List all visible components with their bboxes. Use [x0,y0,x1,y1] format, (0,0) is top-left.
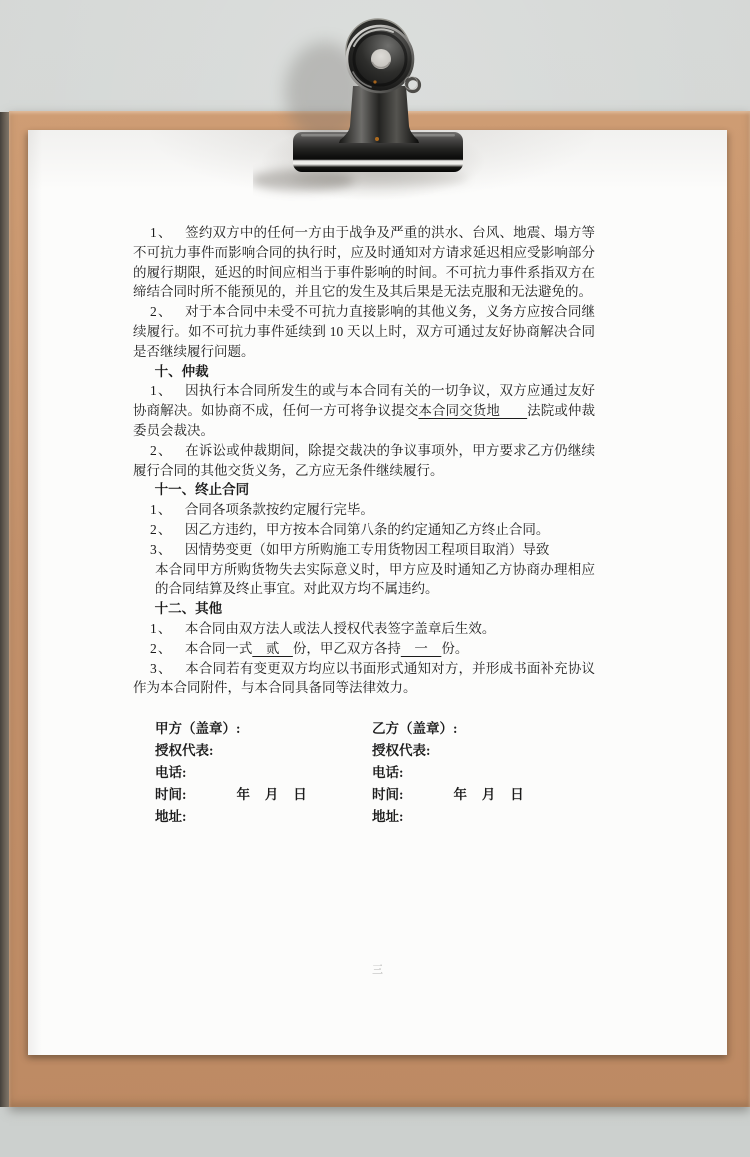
signature-column-party-b: 乙方（盖章）:授权代表:电话:时间:年 月 日地址: [372,718,524,828]
signature-row: 电话: [155,762,372,784]
signature-label: 地址: [372,806,404,828]
signature-label: 电话: [372,762,404,784]
signature-row: 甲方（盖章）: [155,718,372,740]
signature-row: 时间:年 月 日 [155,784,372,806]
section-heading: 十、仲裁 [133,362,595,382]
signature-column-party-a: 甲方（盖章）:授权代表:电话:时间:年 月 日地址: [155,718,372,828]
underlined-fill-in: 一 [401,641,442,656]
signature-date-placeholder: 年 月 日 [237,784,308,806]
signature-label: 乙方（盖章）: [372,718,458,740]
item-number: 3、 [150,661,173,676]
contract-paper: 1、签约双方中的任何一方由于战争及严重的洪水、台风、地震、塌方等不可抗力事件而影… [28,130,727,1055]
clipboard-side-edge [0,112,9,1107]
text-run: 合同各项条款按约定履行完毕。 [185,502,374,517]
clip-hole [371,49,391,69]
text-run: 本合同若有变更双方均应以书面形式通知对方，并形成书面补充协议作为本合同附件，与本… [133,661,595,696]
clipboard-scene: 1、签约双方中的任何一方由于战争及严重的洪水、台风、地震、塌方等不可抗力事件而影… [0,0,750,1157]
signature-row: 地址: [372,806,524,828]
contract-paragraph: 2、本合同一式 贰 份，甲乙双方各持 一 份。 [133,639,595,659]
section-heading: 十二、其他 [133,599,595,619]
item-number: 1、 [150,502,172,517]
contract-paragraph: 1、因执行本合同所发生的或与本合同有关的一切争议，双方应通过友好协商解决。如协商… [133,381,595,440]
item-number: 1、 [150,383,173,398]
clip-amber-dot [373,80,376,83]
signature-date-placeholder: 年 月 日 [454,784,525,806]
signature-row: 授权代表: [155,740,372,762]
signature-label: 时间: [372,784,404,806]
contract-paragraph: 1、本合同由双方法人或法人授权代表签字盖章后生效。 [133,619,595,639]
binder-clip [253,6,497,206]
contract-paragraph: 2、在诉讼或仲裁期间，除提交裁决的争议事项外，甲方要求乙方仍继续履行合同的其他交… [133,441,595,481]
contract-paragraph: 1、合同各项条款按约定履行完毕。 [133,500,595,520]
signature-row: 地址: [155,806,372,828]
signature-label: 授权代表: [372,740,431,762]
contract-paragraph: 2、对于本合同中未受不可抗力直接影响的其他义务，义务方应按合同继续履行。如不可抗… [133,302,595,361]
signature-row: 授权代表: [372,740,524,762]
item-number: 2、 [150,443,173,458]
signature-label: 电话: [155,762,187,784]
text-run: 对于本合同中未受不可抗力直接影响的其他义务，义务方应按合同继续履行。如不可抗力事… [133,304,595,359]
text-run: 份。 [441,641,468,656]
contract-paragraph: 3、因情势变更（如甲方所购施工专用货物因工程项目取消）导致 [133,540,595,560]
signature-label: 甲方（盖章）: [155,718,241,740]
clip-amber-dot-bar [375,137,379,141]
text-run: 本合同由双方法人或法人授权代表签字盖章后生效。 [185,621,496,636]
text-run: 份，甲乙双方各持 [293,641,401,656]
page-number: 三 [28,961,727,977]
contract-paragraph: 1、签约双方中的任何一方由于战争及严重的洪水、台风、地震、塌方等不可抗力事件而影… [133,223,595,302]
text-run: 因情势变更（如甲方所购施工专用货物因工程项目取消）导致 [185,542,550,557]
signature-label: 授权代表: [155,740,214,762]
section-heading: 十一、终止合同 [133,480,595,500]
document-body: 1、签约双方中的任何一方由于战争及严重的洪水、台风、地震、塌方等不可抗力事件而影… [133,223,595,698]
signature-section: 甲方（盖章）:授权代表:电话:时间:年 月 日地址:乙方（盖章）:授权代表:电话… [155,718,625,828]
item-number: 1、 [150,621,172,636]
contract-paragraph: 本合同甲方所购货物失去实际意义时，甲方应及时通知乙方协商办理相应的合同结算及终止… [133,560,595,600]
signature-label: 地址: [155,806,187,828]
item-number: 2、 [150,522,172,537]
item-number: 2、 [150,304,173,319]
signature-row: 乙方（盖章）: [372,718,524,740]
clip-bar-shadow-wide [292,170,468,186]
signature-row: 时间:年 月 日 [372,784,524,806]
text-run: 本合同一式 [185,641,253,656]
signature-label: 时间: [155,784,187,806]
signature-row: 电话: [372,762,524,784]
underlined-fill-in: 贰 [252,641,293,656]
item-number: 2、 [150,641,172,656]
contract-paragraph: 2、因乙方违约，甲方按本合同第八条的约定通知乙方终止合同。 [133,520,595,540]
text-run: 因乙方违约，甲方按本合同第八条的约定通知乙方终止合同。 [185,522,550,537]
item-number: 3、 [150,542,172,557]
text-run: 在诉讼或仲裁期间，除提交裁决的争议事项外，甲方要求乙方仍继续履行合同的其他交货义… [133,443,595,478]
contract-paragraph: 3、本合同若有变更双方均应以书面形式通知对方，并形成书面补充协议作为本合同附件，… [133,659,595,699]
text-run: 本合同甲方所购货物失去实际意义时，甲方应及时通知乙方协商办理相应的合同结算及终止… [155,562,595,597]
underlined-fill-in: 本合同交货地 [418,403,527,418]
item-number: 1、 [150,225,173,240]
text-run: 签约双方中的任何一方由于战争及严重的洪水、台风、地震、塌方等不可抗力事件而影响合… [133,225,595,299]
